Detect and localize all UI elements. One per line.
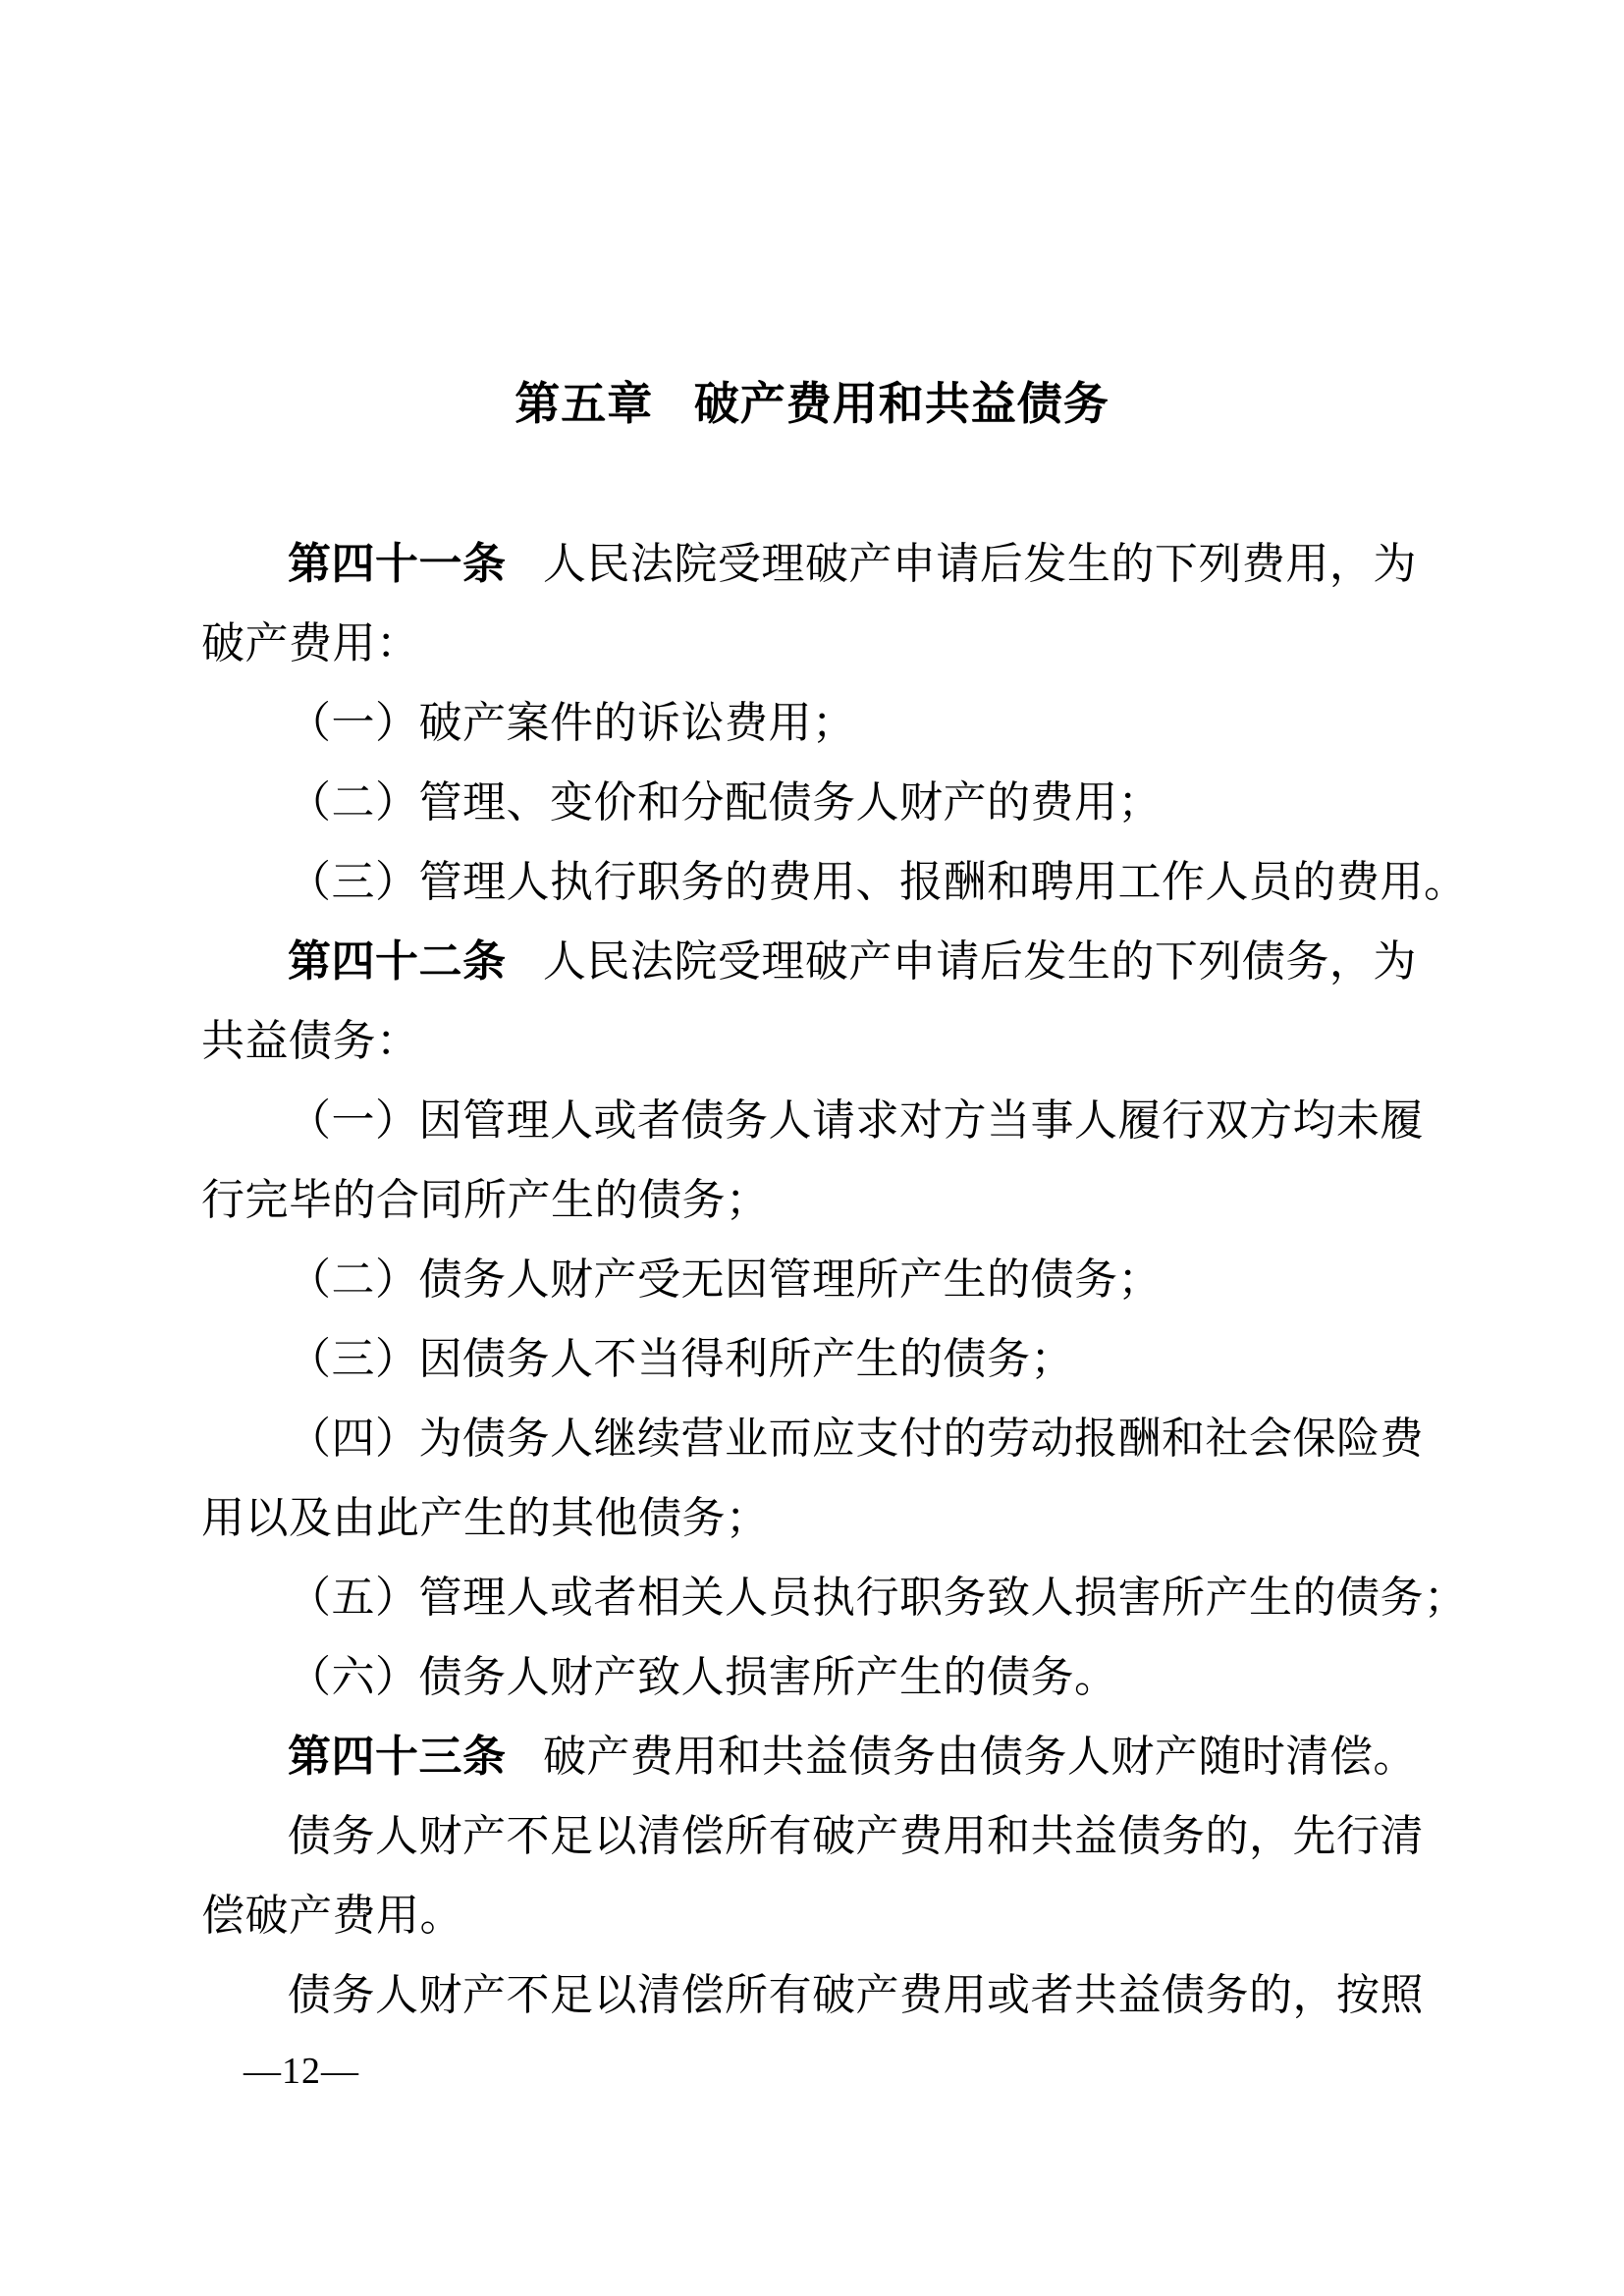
paragraph-line: （六）债务人财产致人损害所产生的债务。 — [201, 1637, 1419, 1717]
paragraph-line: （五）管理人或者相关人员执行职务致人损害所产生的债务； — [201, 1558, 1419, 1637]
paragraph-line: 债务人财产不足以清偿所有破产费用或者共益债务的，按照 — [201, 1955, 1419, 2035]
paragraph-line: （三）管理人执行职务的费用、报酬和聘用工作人员的费用。 — [201, 842, 1419, 922]
line-text: （五）管理人或者相关人员执行职务致人损害所产生的债务； — [288, 1574, 1468, 1622]
paragraph-line: 行完毕的合同所产生的债务； — [201, 1160, 1419, 1240]
paragraph-line: 第四十二条人民法院受理破产申请后发生的下列债务，为 — [201, 922, 1419, 1001]
chapter-title-text: 破产费用和共益债务 — [694, 378, 1110, 429]
document-body: 第四十一条人民法院受理破产申请后发生的下列费用，为 破产费用： （一）破产案件的… — [201, 524, 1419, 2035]
line-text: （三）管理人执行职务的费用、报酬和聘用工作人员的费用。 — [288, 858, 1468, 906]
line-text: 人民法院受理破产申请后发生的下列费用，为 — [543, 540, 1417, 588]
line-text: 破产费用： — [201, 619, 420, 667]
line-text: （一）因管理人或者债务人请求对方当事人履行双方均未履 — [288, 1096, 1424, 1145]
page-number: —12— — [244, 2048, 359, 2095]
article-number: 第四十一条 — [288, 540, 507, 588]
line-text: 行完毕的合同所产生的债务； — [201, 1176, 770, 1224]
line-text: （四）为债务人继续营业而应支付的劳动报酬和社会保险费 — [288, 1415, 1424, 1463]
line-text: 用以及由此产生的其他债务； — [201, 1494, 770, 1542]
line-text: （二）债务人财产受无因管理所产生的债务； — [288, 1255, 1162, 1304]
line-text: （一）破产案件的诉讼费用； — [288, 699, 856, 747]
paragraph-line: （四）为债务人继续营业而应支付的劳动报酬和社会保险费 — [201, 1399, 1419, 1478]
line-text: 破产费用和共益债务由债务人财产随时清偿。 — [543, 1733, 1417, 1781]
paragraph-line: 用以及由此产生的其他债务； — [201, 1478, 1419, 1558]
line-text: 债务人财产不足以清偿所有破产费用或者共益债务的，按照 — [288, 1971, 1424, 2019]
document-page: 第五章破产费用和共益债务 第四十一条人民法院受理破产申请后发生的下列费用，为 破… — [0, 0, 1624, 2296]
line-text: 债务人财产不足以清偿所有破产费用和共益债务的，先行清 — [288, 1812, 1424, 1860]
paragraph-line: 破产费用： — [201, 604, 1419, 683]
line-text: （二）管理、变价和分配债务人财产的费用； — [288, 778, 1162, 827]
chapter-title: 第五章破产费用和共益债务 — [0, 375, 1624, 432]
line-text: （三）因债务人不当得利所产生的债务； — [288, 1335, 1074, 1383]
paragraph-line: （三）因债务人不当得利所产生的债务； — [201, 1319, 1419, 1399]
line-text: 偿破产费用。 — [201, 1892, 463, 1940]
line-text: （六）债务人财产致人损害所产生的债务。 — [288, 1653, 1118, 1701]
chapter-number: 第五章 — [514, 378, 653, 429]
article-number: 第四十三条 — [288, 1733, 507, 1781]
paragraph-line: （一）破产案件的诉讼费用； — [201, 683, 1419, 763]
paragraph-line: 共益债务： — [201, 1001, 1419, 1081]
line-text: 共益债务： — [201, 1017, 420, 1065]
line-text: 人民法院受理破产申请后发生的下列债务，为 — [543, 937, 1417, 986]
paragraph-line: 第四十三条破产费用和共益债务由债务人财产随时清偿。 — [201, 1717, 1419, 1796]
paragraph-line: 偿破产费用。 — [201, 1876, 1419, 1955]
article-number: 第四十二条 — [288, 937, 507, 986]
paragraph-line: （二）管理、变价和分配债务人财产的费用； — [201, 763, 1419, 842]
paragraph-line: 第四十一条人民法院受理破产申请后发生的下列费用，为 — [201, 524, 1419, 604]
paragraph-line: （一）因管理人或者债务人请求对方当事人履行双方均未履 — [201, 1081, 1419, 1160]
paragraph-line: （二）债务人财产受无因管理所产生的债务； — [201, 1240, 1419, 1319]
paragraph-line: 债务人财产不足以清偿所有破产费用和共益债务的，先行清 — [201, 1796, 1419, 1876]
